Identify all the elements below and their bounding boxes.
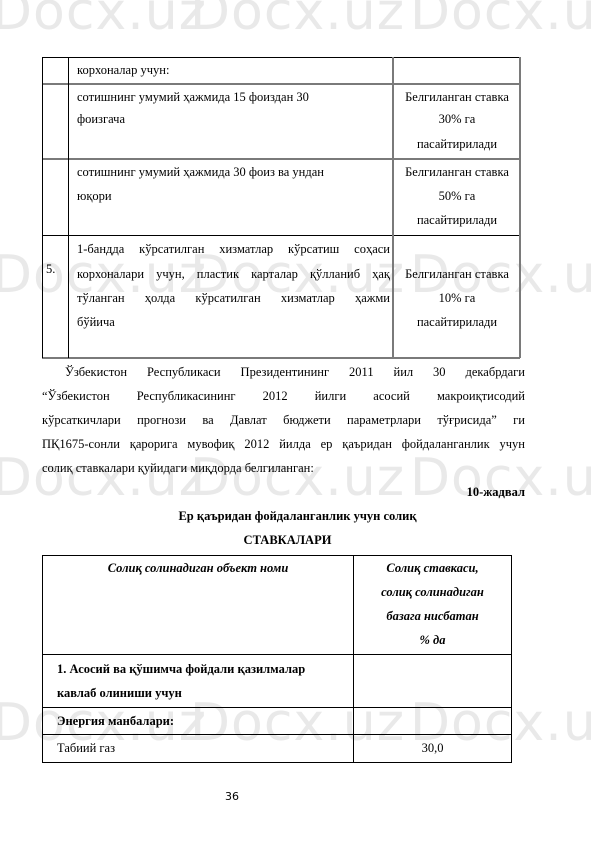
table-row-name: Табиий газ <box>57 735 115 761</box>
table-border <box>511 555 512 763</box>
paragraph-line: солиқ ставкалари қуйидаги миқдорда белги… <box>42 455 314 481</box>
table-row-name: кавлаб олиниши учун <box>57 680 182 706</box>
paragraph-line: ПҚ1675-сонли қарорига мувофиқ 2012 йилда… <box>42 431 525 457</box>
table-row-number: 5. <box>46 256 55 282</box>
table-row-rate: пасайтирилади <box>394 131 520 157</box>
table-row-description: корхоналари учун, пластик карталар қўлла… <box>77 261 390 287</box>
table-row-rate: Белгиланган ставка <box>394 261 520 287</box>
column-header-object-name: Солиқ солинадиган объект номи <box>43 555 353 581</box>
column-header-tax-rate: % да <box>354 627 511 653</box>
paragraph-line: кўрсаткичлари прогнози ва Давлат бюджети… <box>42 407 525 433</box>
table-title: СТАВКАЛАРИ <box>0 527 575 553</box>
table-row-rate: пасайтирилади <box>394 207 520 233</box>
table-row-rate: Белгиланган ставка <box>394 159 520 185</box>
table-row-value: 30,0 <box>354 735 511 761</box>
paragraph-line: Ўзбекистон Республикаси Президентининг 2… <box>65 359 525 385</box>
table-border <box>42 555 43 763</box>
table-row-description: фоизгача <box>77 106 125 132</box>
watermark: Docx.uz <box>0 0 207 42</box>
table-row-description: бўйича <box>77 309 115 335</box>
table-row-rate: 30% га <box>394 106 520 132</box>
table-border <box>42 762 512 763</box>
paragraph-line: “Ўзбекистон Республикасининг 2012 йилги … <box>42 383 525 409</box>
table-row-rate: пасайтирилади <box>394 309 520 335</box>
row-divider <box>42 654 512 655</box>
table-row-description: юқори <box>77 183 112 209</box>
table-row-name: Энергия манбалари: <box>57 708 174 734</box>
watermark: Docx.uz <box>190 0 405 42</box>
table-label: 10-жадвал <box>467 479 525 505</box>
table-row-description: тўланган ҳолда кўрсатилган хизматлар ҳаж… <box>77 285 390 311</box>
table-row-description: сотишнинг умумий ҳажмида 30 фоиз ва унда… <box>77 159 324 185</box>
column-header-tax-rate: солиқ солинадиган <box>354 579 511 605</box>
table-row-rate: 10% га <box>394 285 520 311</box>
column-header-tax-rate: базага нисбатан <box>354 603 511 629</box>
watermark: Docx.uz <box>410 0 595 42</box>
table-title: Ер қаъридан фойдаланганлик учун солиқ <box>0 503 595 529</box>
table-row-description: 1-бандда кўрсатилган хизматлар кўрсатиш … <box>77 236 390 262</box>
column-header-tax-rate: Солиқ ставкаси, <box>354 555 511 581</box>
column-divider <box>68 57 69 358</box>
table-row-name: 1. Асосий ва қўшимча фойдали қазилмалар <box>57 656 305 682</box>
page-number: 36 <box>225 790 239 803</box>
table-row-rate: 50% га <box>394 183 520 209</box>
table-border <box>42 57 43 358</box>
table-row-description: корхоналар учун: <box>77 57 169 83</box>
